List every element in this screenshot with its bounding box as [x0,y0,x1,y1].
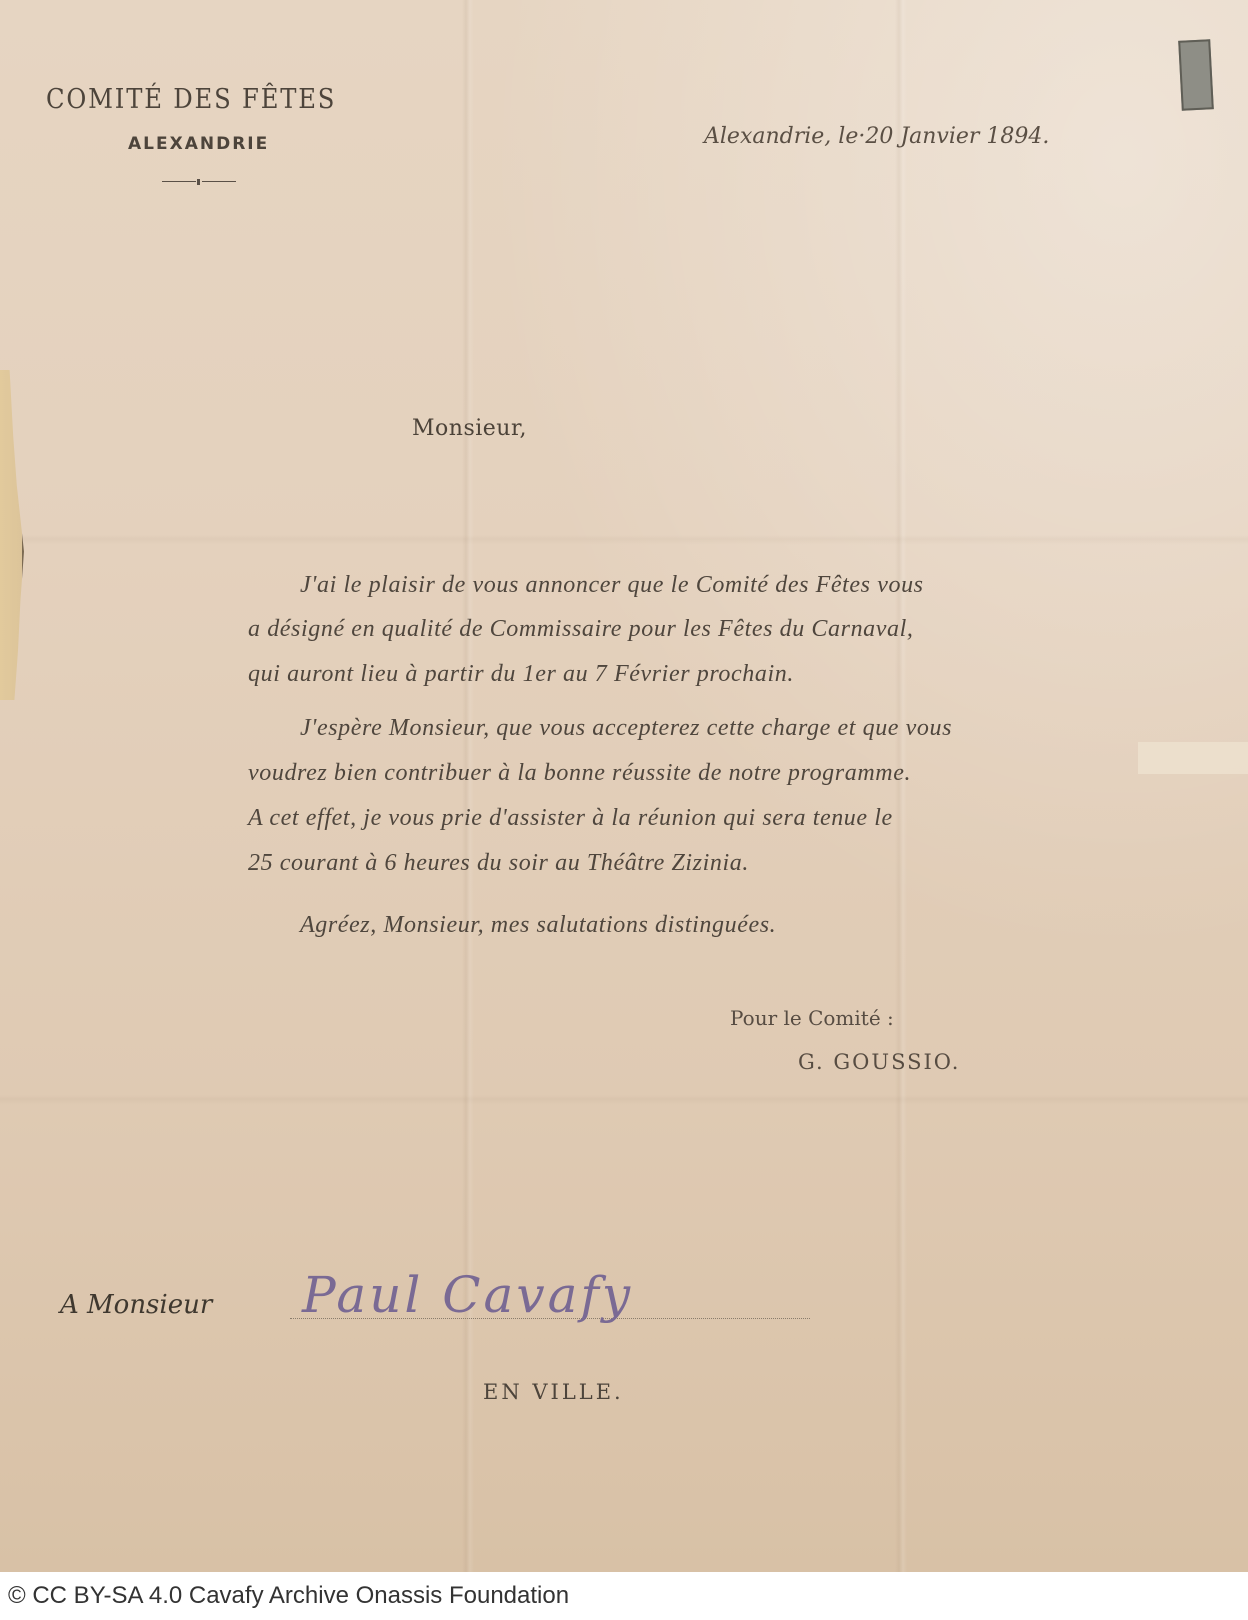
footer: © CC BY-SA 4.0 Cavafy Archive Onassis Fo… [0,1572,1248,1620]
address-recipient-handwritten: Paul Cavafy [302,1266,633,1324]
body-line: 25 courant à 6 heures du soir au Théâtre… [248,850,749,877]
dateline: Alexandrie, le·20 Janvier 1894. [704,124,1049,149]
letterhead-title: COMITÉ DES FÊTES [46,84,336,115]
body-line: a désigné en qualité de Commissaire pour… [248,616,914,643]
body-line: voudrez bien contribuer à la bonne réuss… [248,760,911,787]
address-locality: EN VILLE. [483,1380,624,1404]
signature-label: Pour le Comité : [730,1006,894,1030]
metal-clip [1178,39,1214,111]
body-line: A cet effet, je vous prie d'assister à l… [248,805,893,832]
tape-strip [1138,742,1248,774]
body-line: J'ai le plaisir de vous annoncer que le … [300,572,924,599]
signature-name: G. GOUSSIO. [798,1050,960,1074]
salutation: Monsieur, [412,416,527,441]
body-line: J'espère Monsieur, que vous accepterez c… [300,715,952,742]
closing-line: Agréez, Monsieur, mes salutations distin… [300,912,776,939]
ornament-divider [162,179,236,185]
letter-paper: COMITÉ DES FÊTES ALEXANDRIE Alexandrie, … [0,0,1248,1572]
footer-credit: © CC BY-SA 4.0 Cavafy Archive Onassis Fo… [8,1582,569,1610]
body-line: qui auront lieu à partir du 1er au 7 Fév… [248,661,794,688]
torn-edge [0,370,24,700]
address-prefix: A Monsieur [60,1290,212,1320]
letterhead-city: ALEXANDRIE [128,134,269,154]
